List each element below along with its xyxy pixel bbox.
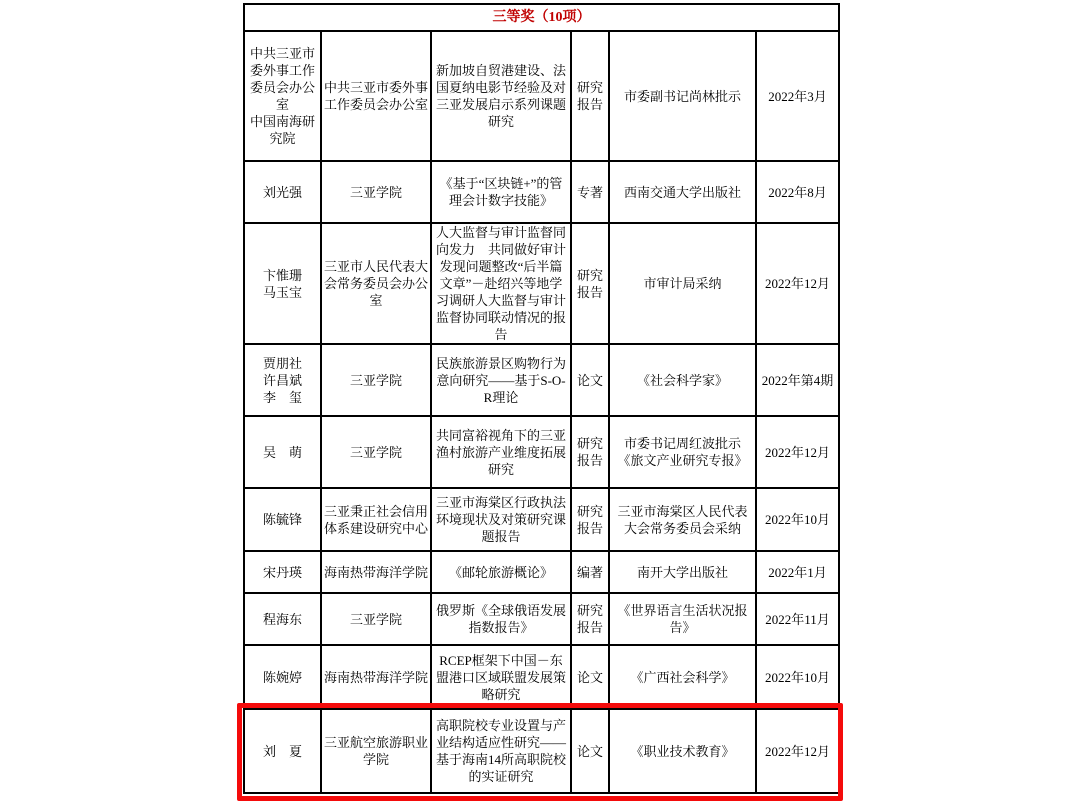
cell-outlet: 《社会科学家》 [609,344,756,416]
cell-institution: 三亚学院 [321,416,431,488]
cell-title: 人大监督与审计监督同向发力 共同做好审计发现问题整改“后半篇文章”－赴绍兴等地学… [431,223,571,344]
awardee-name: 陈毓锋 [247,511,318,528]
awardee-name: 刘光强 [247,184,318,201]
cell-type: 论文 [571,344,609,416]
section-header-row: 三等奖（10项） [244,4,839,31]
section-header: 三等奖（10项） [244,4,839,31]
cell-type: 研究报告 [571,593,609,645]
awards-table: 三等奖（10项） 中共三亚市委外事工作委员会办公室中国南海研究院中共三亚市委外事… [243,3,840,794]
cell-awardee: 贾朋社许昌斌李 玺 [244,344,321,416]
cell-title: 三亚市海棠区行政执法环境现状及对策研究课题报告 [431,488,571,551]
awardee-name: 宋丹瑛 [247,564,318,581]
cell-type: 研究报告 [571,488,609,551]
awards-table-body: 三等奖（10项） 中共三亚市委外事工作委员会办公室中国南海研究院中共三亚市委外事… [244,4,839,793]
cell-outlet: 市审计局采纳 [609,223,756,344]
cell-awardee: 陈毓锋 [244,488,321,551]
cell-date: 2022年3月 [756,31,839,161]
cell-title: RCEP框架下中国－东盟港口区域联盟发展策略研究 [431,645,571,709]
awardee-name: 卞惟珊 [247,267,318,284]
cell-date: 2022年12月 [756,223,839,344]
cell-awardee: 程海东 [244,593,321,645]
cell-outlet: 市委副书记尚林批示 [609,31,756,161]
cell-institution: 三亚航空旅游职业学院 [321,709,431,793]
awardee-name: 陈婉婷 [247,669,318,686]
cell-title: 共同富裕视角下的三亚渔村旅游产业维度拓展研究 [431,416,571,488]
cell-institution: 海南热带海洋学院 [321,551,431,593]
cell-awardee: 宋丹瑛 [244,551,321,593]
cell-institution: 三亚学院 [321,344,431,416]
table-row: 吴 萌三亚学院共同富裕视角下的三亚渔村旅游产业维度拓展研究研究报告市委书记周红波… [244,416,839,488]
document-page: 三等奖（10项） 中共三亚市委外事工作委员会办公室中国南海研究院中共三亚市委外事… [0,0,1074,807]
cell-institution: 海南热带海洋学院 [321,645,431,709]
cell-institution: 三亚市人民代表大会常务委员会办公室 [321,223,431,344]
cell-type: 研究报告 [571,31,609,161]
cell-date: 2022年10月 [756,645,839,709]
table-row: 中共三亚市委外事工作委员会办公室中国南海研究院中共三亚市委外事工作委员会办公室新… [244,31,839,161]
cell-awardee: 中共三亚市委外事工作委员会办公室中国南海研究院 [244,31,321,161]
cell-outlet: 《世界语言生活状况报告》 [609,593,756,645]
cell-title: 俄罗斯《全球俄语发展指数报告》 [431,593,571,645]
cell-awardee: 陈婉婷 [244,645,321,709]
table-row: 陈毓锋三亚秉正社会信用体系建设研究中心三亚市海棠区行政执法环境现状及对策研究课题… [244,488,839,551]
cell-date: 2022年12月 [756,416,839,488]
cell-awardee: 吴 萌 [244,416,321,488]
cell-title: 《基于“区块链+”的管理会计数字技能》 [431,161,571,223]
table-row: 刘光强三亚学院《基于“区块链+”的管理会计数字技能》专著西南交通大学出版社202… [244,161,839,223]
awardee-name: 贾朋社 [247,355,318,372]
cell-date: 2022年11月 [756,593,839,645]
cell-institution: 三亚秉正社会信用体系建设研究中心 [321,488,431,551]
awardee-name: 吴 萌 [247,444,318,461]
awardee-name: 中共三亚市委外事工作委员会办公室 [247,45,318,113]
cell-outlet: 西南交通大学出版社 [609,161,756,223]
cell-title: 高职院校专业设置与产业结构适应性研究——基于海南14所高职院校的实证研究 [431,709,571,793]
cell-institution: 三亚学院 [321,593,431,645]
cell-type: 研究报告 [571,416,609,488]
cell-title: 民族旅游景区购物行为意向研究——基于S-O-R理论 [431,344,571,416]
cell-outlet: 《广西社会科学》 [609,645,756,709]
cell-outlet: 三亚市海棠区人民代表大会常务委员会采纳 [609,488,756,551]
cell-awardee: 卞惟珊马玉宝 [244,223,321,344]
cell-type: 研究报告 [571,223,609,344]
cell-outlet: 南开大学出版社 [609,551,756,593]
awardee-name: 马玉宝 [247,284,318,301]
cell-type: 专著 [571,161,609,223]
cell-awardee: 刘光强 [244,161,321,223]
cell-outlet: 《职业技术教育》 [609,709,756,793]
awardee-name: 许昌斌 [247,372,318,389]
awardee-name: 李 玺 [247,389,318,406]
table-row: 陈婉婷海南热带海洋学院RCEP框架下中国－东盟港口区域联盟发展策略研究论文《广西… [244,645,839,709]
cell-institution: 中共三亚市委外事工作委员会办公室 [321,31,431,161]
cell-outlet: 市委书记周红波批示《旅文产业研究专报》 [609,416,756,488]
table-row: 刘 夏三亚航空旅游职业学院高职院校专业设置与产业结构适应性研究——基于海南14所… [244,709,839,793]
cell-type: 论文 [571,645,609,709]
table-row: 宋丹瑛海南热带海洋学院《邮轮旅游概论》编著南开大学出版社2022年1月 [244,551,839,593]
cell-date: 2022年1月 [756,551,839,593]
cell-date: 2022年8月 [756,161,839,223]
cell-date: 2022年第4期 [756,344,839,416]
cell-type: 论文 [571,709,609,793]
cell-awardee: 刘 夏 [244,709,321,793]
awardee-name: 中国南海研究院 [247,113,318,147]
awardee-name: 刘 夏 [247,743,318,760]
cell-type: 编著 [571,551,609,593]
awardee-name: 程海东 [247,611,318,628]
cell-institution: 三亚学院 [321,161,431,223]
table-row: 程海东三亚学院俄罗斯《全球俄语发展指数报告》研究报告《世界语言生活状况报告》20… [244,593,839,645]
cell-title: 《邮轮旅游概论》 [431,551,571,593]
cell-title: 新加坡自贸港建设、法国夏纳电影节经验及对三亚发展启示系列课题研究 [431,31,571,161]
cell-date: 2022年12月 [756,709,839,793]
table-row: 卞惟珊马玉宝三亚市人民代表大会常务委员会办公室人大监督与审计监督同向发力 共同做… [244,223,839,344]
table-row: 贾朋社许昌斌李 玺三亚学院民族旅游景区购物行为意向研究——基于S-O-R理论论文… [244,344,839,416]
cell-date: 2022年10月 [756,488,839,551]
